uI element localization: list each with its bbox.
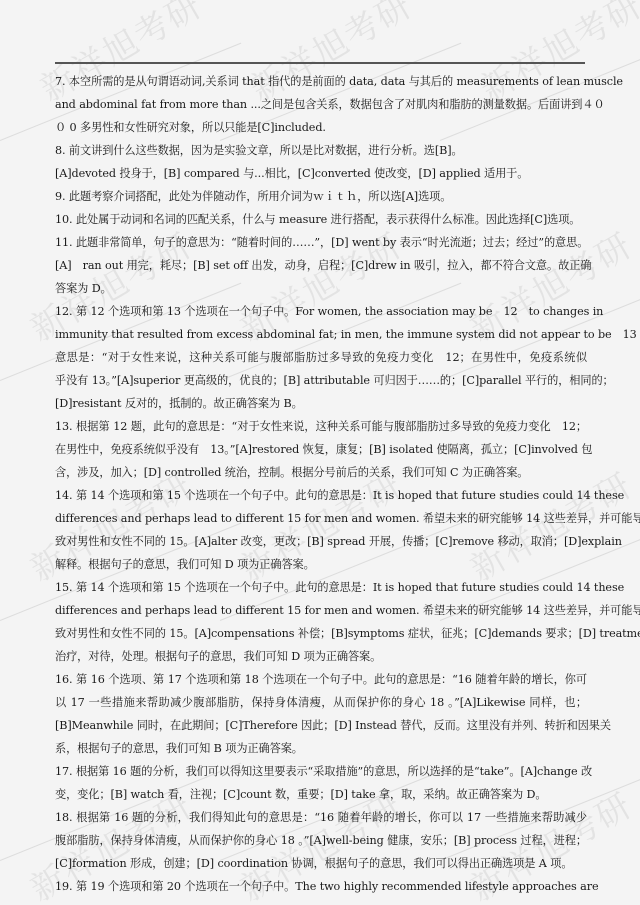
text-line: 19. 第 19 个选项和第 20 个选项在一个句子中。The two high… (55, 875, 587, 898)
text-line: 含，涉及，加入；[D] controlled 统治，控制。根据分号前后的关系，我… (55, 461, 587, 484)
text-line: 变，变化；[B] watch 看，注视；[C]count 数，重要；[D] ta… (55, 783, 587, 806)
text-line: 13. 根据第 12 题，此句的意思是：“对于女性来说，这种关系可能与腹部脂肪过… (55, 415, 587, 438)
text-line: [A] ran out 用完，耗尽；[B] set off 出发，动身，启程；[… (55, 254, 587, 277)
text-line: 系，根据句子的意思，我们可知 B 项为正确答案。 (55, 737, 587, 760)
text-line: 8. 前文讲到什么这些数据，因为是实验文章，所以是比对数据，进行分析。选[B]。 (55, 139, 587, 162)
text-line: 意思是：“对于女性来说，这种关系可能与腹部脂肪过多导致的免疫力变化 12；在男性… (55, 346, 587, 369)
text-line: 9. 此题考察介词搭配，此处为伴随动作，所用介词为ｗｉｔｈ，所以选[A]选项。 (55, 185, 587, 208)
text-line: ０ 0 多男性和女性研究对象，所以只能是[C]included. (55, 116, 587, 139)
text-line: 在男性中，免疫系统似乎没有 13。”[A]restored 恢复，康复；[B] … (55, 438, 587, 461)
text-line: [C]formation 形成，创建；[D] coordination 协调，根… (55, 852, 587, 875)
text-line: 答案为 D。 (55, 277, 587, 300)
text-line: 14. 第 14 个选项和第 15 个选项在一个句子中。此句的意思是：It is… (55, 484, 587, 507)
header-rule (55, 62, 585, 64)
text-line: 以 17 一些措施来帮助减少腹部脂肪，保持身体清瘦，从而保护你的身心 18 。”… (55, 691, 587, 714)
text-line: 16. 第 16 个选项、第 17 个选项和第 18 个选项在一个句子中。此句的… (55, 668, 587, 691)
text-line: 10. 此处属于动词和名词的匹配关系，什么与 measure 进行搭配，表示获得… (55, 208, 587, 231)
text-line: 解释。根据句子的意思，我们可知 D 项为正确答案。 (55, 553, 587, 576)
text-line: [D]resistant 反对的，抵制的。故正确答案为 B。 (55, 392, 587, 415)
text-line: 乎没有 13。”[A]superior 更高级的，优良的；[B] attribu… (55, 369, 587, 392)
text-line: 12. 第 12 个选项和第 13 个选项在一个句子中。For women, t… (55, 300, 587, 323)
text-line: 腹部脂肪，保持身体清瘦，从而保护你的身心 18 。”[A]well-being … (55, 829, 587, 852)
text-line: 致对男性和女性不同的 15。[A]compensations 补偿；[B]sym… (55, 622, 587, 645)
text-line: 7. 本空所需的是从句谓语动词,关系词 that 指代的是前面的 data, d… (55, 70, 587, 93)
text-line: 17. 根据第 16 题的分析，我们可以得知这里要表示“采取措施”的意思，所以选… (55, 760, 587, 783)
text-line: immunity that resulted from excess abdom… (55, 323, 587, 346)
text-line: differences and perhaps lead to differen… (55, 507, 587, 530)
text-line: 致对男性和女性不同的 15。[A]alter 改变，更改；[B] spread … (55, 530, 587, 553)
text-line: 18. 根据第 16 题的分析，我们得知此句的意思是：“16 随着年龄的增长，你… (55, 806, 587, 829)
answer-explanations: 7. 本空所需的是从句谓语动词,关系词 that 指代的是前面的 data, d… (55, 70, 587, 898)
text-line: and abdominal fat from more than ...之间是包… (55, 93, 587, 116)
text-line: 15. 第 14 个选项和第 15 个选项在一个句子中。此句的意思是：It is… (55, 576, 587, 599)
text-line: [B]Meanwhile 同时，在此期间；[C]Therefore 因此；[D]… (55, 714, 587, 737)
text-line: differences and perhaps lead to differen… (55, 599, 587, 622)
document-page: 7. 本空所需的是从句谓语动词,关系词 that 指代的是前面的 data, d… (55, 62, 587, 898)
text-line: [A]devoted 投身于，[B] compared 与...相比，[C]co… (55, 162, 587, 185)
text-line: 11. 此题非常简单，句子的意思为：“随着时间的……”，[D] went by … (55, 231, 587, 254)
text-line: 治疗，对待，处理。根据句子的意思，我们可知 D 项为正确答案。 (55, 645, 587, 668)
